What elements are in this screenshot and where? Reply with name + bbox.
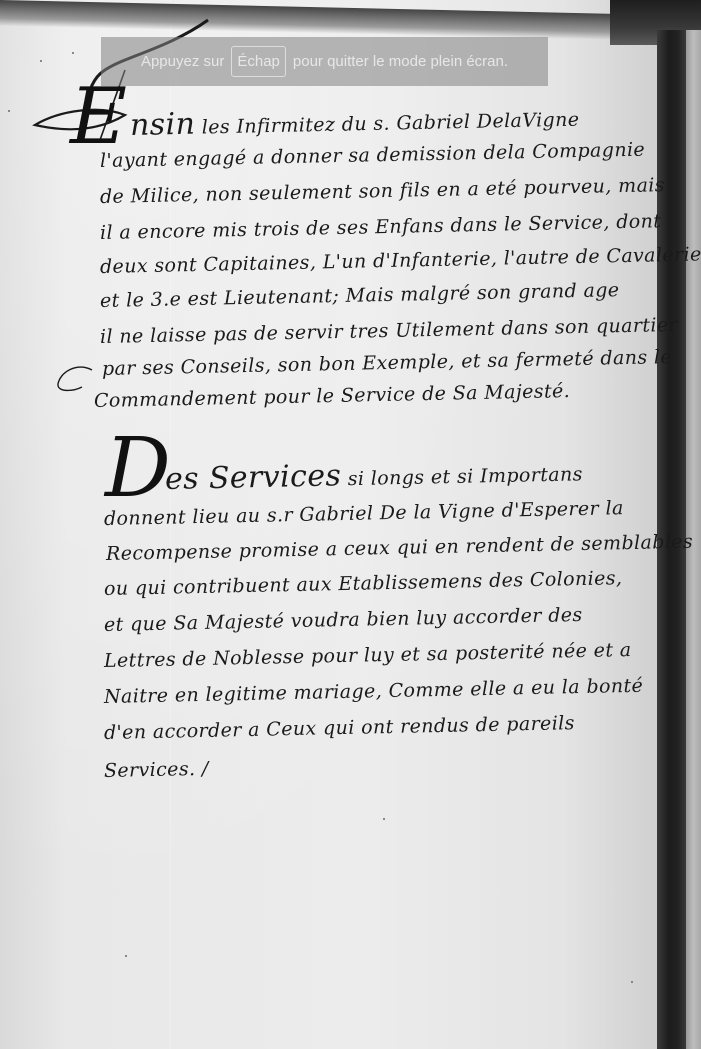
manuscript-line: Naitre en legitime mariage, Comme elle a…	[104, 675, 644, 708]
paragraph-1-initial: E	[70, 78, 127, 156]
document-viewer: E nsin les Infirmitez du s. Gabriel Dela…	[0, 0, 701, 1049]
manuscript-line: Recompense promise a ceux qui en rendent…	[106, 531, 693, 565]
manuscript-line: Services. /	[104, 758, 209, 782]
escape-key-button[interactable]: Échap	[231, 46, 286, 77]
fullscreen-exit-notice: Appuyez sur Échap pour quitter le mode p…	[101, 37, 548, 86]
manuscript-text: E nsin les Infirmitez du s. Gabriel Dela…	[0, 0, 662, 1049]
paragraph-2-initial: D	[105, 428, 171, 510]
manuscript-line: de Milice, non seulement son fils en a e…	[100, 174, 665, 208]
paragraph-1-lead-word: nsin	[130, 107, 196, 143]
manuscript-line: par ses Conseils, son bon Exemple, et sa…	[102, 346, 672, 380]
manuscript-line: ou qui contribuent aux Etablissemens des…	[104, 567, 623, 600]
manuscript-line: Commandement pour le Service de Sa Majes…	[94, 380, 571, 412]
manuscript-line: donnent lieu au s.r Gabriel De la Vigne …	[104, 497, 624, 530]
fullscreen-notice-prefix: Appuyez sur	[141, 53, 224, 70]
margin-flourish-icon	[52, 362, 97, 397]
manuscript-line: si longs et si Importans	[347, 463, 583, 490]
manuscript-line: Lettres de Noblesse pour luy et sa poste…	[104, 639, 632, 672]
manuscript-line: les Infirmitez du s. Gabriel DelaVigne	[202, 109, 580, 139]
paragraph-2-lead-word: es Services	[165, 458, 342, 497]
manuscript-line: il ne laisse pas de servir tres Utilemen…	[100, 314, 678, 348]
fullscreen-notice-suffix: pour quitter le mode plein écran.	[293, 53, 508, 70]
manuscript-line: et le 3.e est Lieutenant; Mais malgré so…	[100, 279, 620, 312]
manuscript-line: deux sont Capitaines, L'un d'Infanterie,…	[100, 243, 701, 278]
manuscript-line: il a encore mis trois de ses Enfans dans…	[100, 210, 662, 244]
manuscript-line: d'en accorder a Ceux qui ont rendus de p…	[104, 712, 575, 744]
manuscript-line: et que Sa Majesté voudra bien luy accord…	[104, 604, 583, 636]
